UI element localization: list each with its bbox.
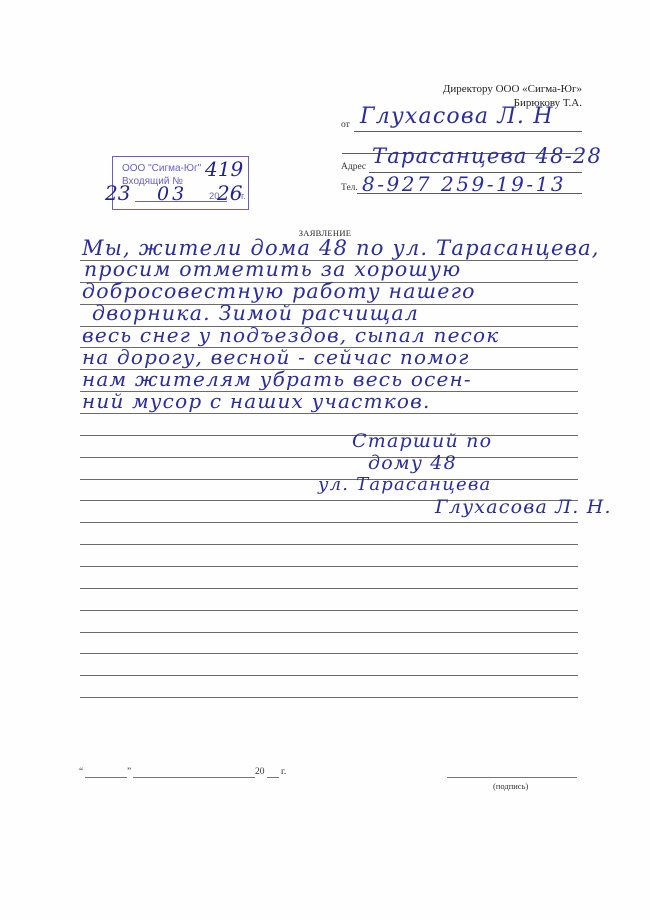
- application-form-page: Директору ООО «Сигма-Юг» Бирюкову Т.А. о…: [0, 0, 650, 920]
- statement-line: весь снег у подъездов, сыпал песок: [82, 323, 499, 347]
- date-day-rule: [85, 777, 127, 778]
- phone-label: Тел.: [341, 183, 358, 193]
- ruled-line: [80, 632, 578, 633]
- date-close-quote: ”: [127, 767, 131, 777]
- ruled-line: [80, 522, 578, 523]
- date-year-unit: г.: [281, 767, 286, 777]
- statement-line: ний мусор с наших участков.: [82, 389, 431, 413]
- ruled-line: [80, 697, 578, 698]
- signature-line: дому 48: [368, 452, 457, 474]
- signature-line: ул. Тарасанцева: [318, 474, 491, 495]
- address-label: Адрес: [341, 162, 366, 172]
- statement-line: дворника. Зимой расчищал: [92, 301, 419, 325]
- ruled-line: [80, 457, 578, 458]
- from-value[interactable]: Глухасова Л. Н: [360, 104, 554, 129]
- ruled-line: [80, 544, 578, 545]
- stamp-year-unit: г.: [241, 191, 246, 202]
- stamp-incoming-number: 419: [205, 157, 243, 181]
- date-year-rule: [267, 777, 279, 778]
- signature-rule: [447, 777, 577, 778]
- date-month-rule: [133, 777, 255, 778]
- ruled-line: [80, 413, 578, 414]
- statement-line: нам жителям убрать весь осен-: [82, 367, 472, 391]
- statement-line: добросовестную работу нашего: [82, 279, 476, 303]
- signature-line: Старший по: [352, 430, 492, 452]
- statement-line: на дорогу, весной - сейчас помог: [82, 345, 470, 369]
- statement-line: просим отметить за хорошую: [84, 257, 461, 281]
- date-year-prefix: 20: [255, 767, 265, 777]
- from-label: от: [341, 120, 350, 130]
- ruled-line: [80, 675, 578, 676]
- ruled-line: [80, 610, 578, 611]
- from-rule: [354, 131, 582, 132]
- ruled-line: [80, 566, 578, 567]
- ruled-line: [80, 588, 578, 589]
- address-value[interactable]: Тарасанцева 48-28: [372, 144, 602, 168]
- registration-stamp: ООО "Сигма-Юг" Входящий № 419 23 03 20 2…: [112, 156, 249, 210]
- stamp-year-suffix: 26: [217, 181, 242, 205]
- signature-caption: (подпись): [493, 781, 528, 791]
- phone-value[interactable]: 8-927 259-19-13: [362, 172, 566, 196]
- stamp-org: ООО "Сигма-Юг": [122, 163, 201, 174]
- addressee-line-1: Директору ООО «Сигма-Юг»: [443, 82, 582, 96]
- ruled-line: [80, 435, 578, 436]
- ruled-line: [80, 653, 578, 654]
- signature-line: Глухасова Л. Н.: [435, 496, 612, 518]
- date-open-quote: “: [79, 767, 83, 777]
- stamp-day: 23: [105, 181, 130, 205]
